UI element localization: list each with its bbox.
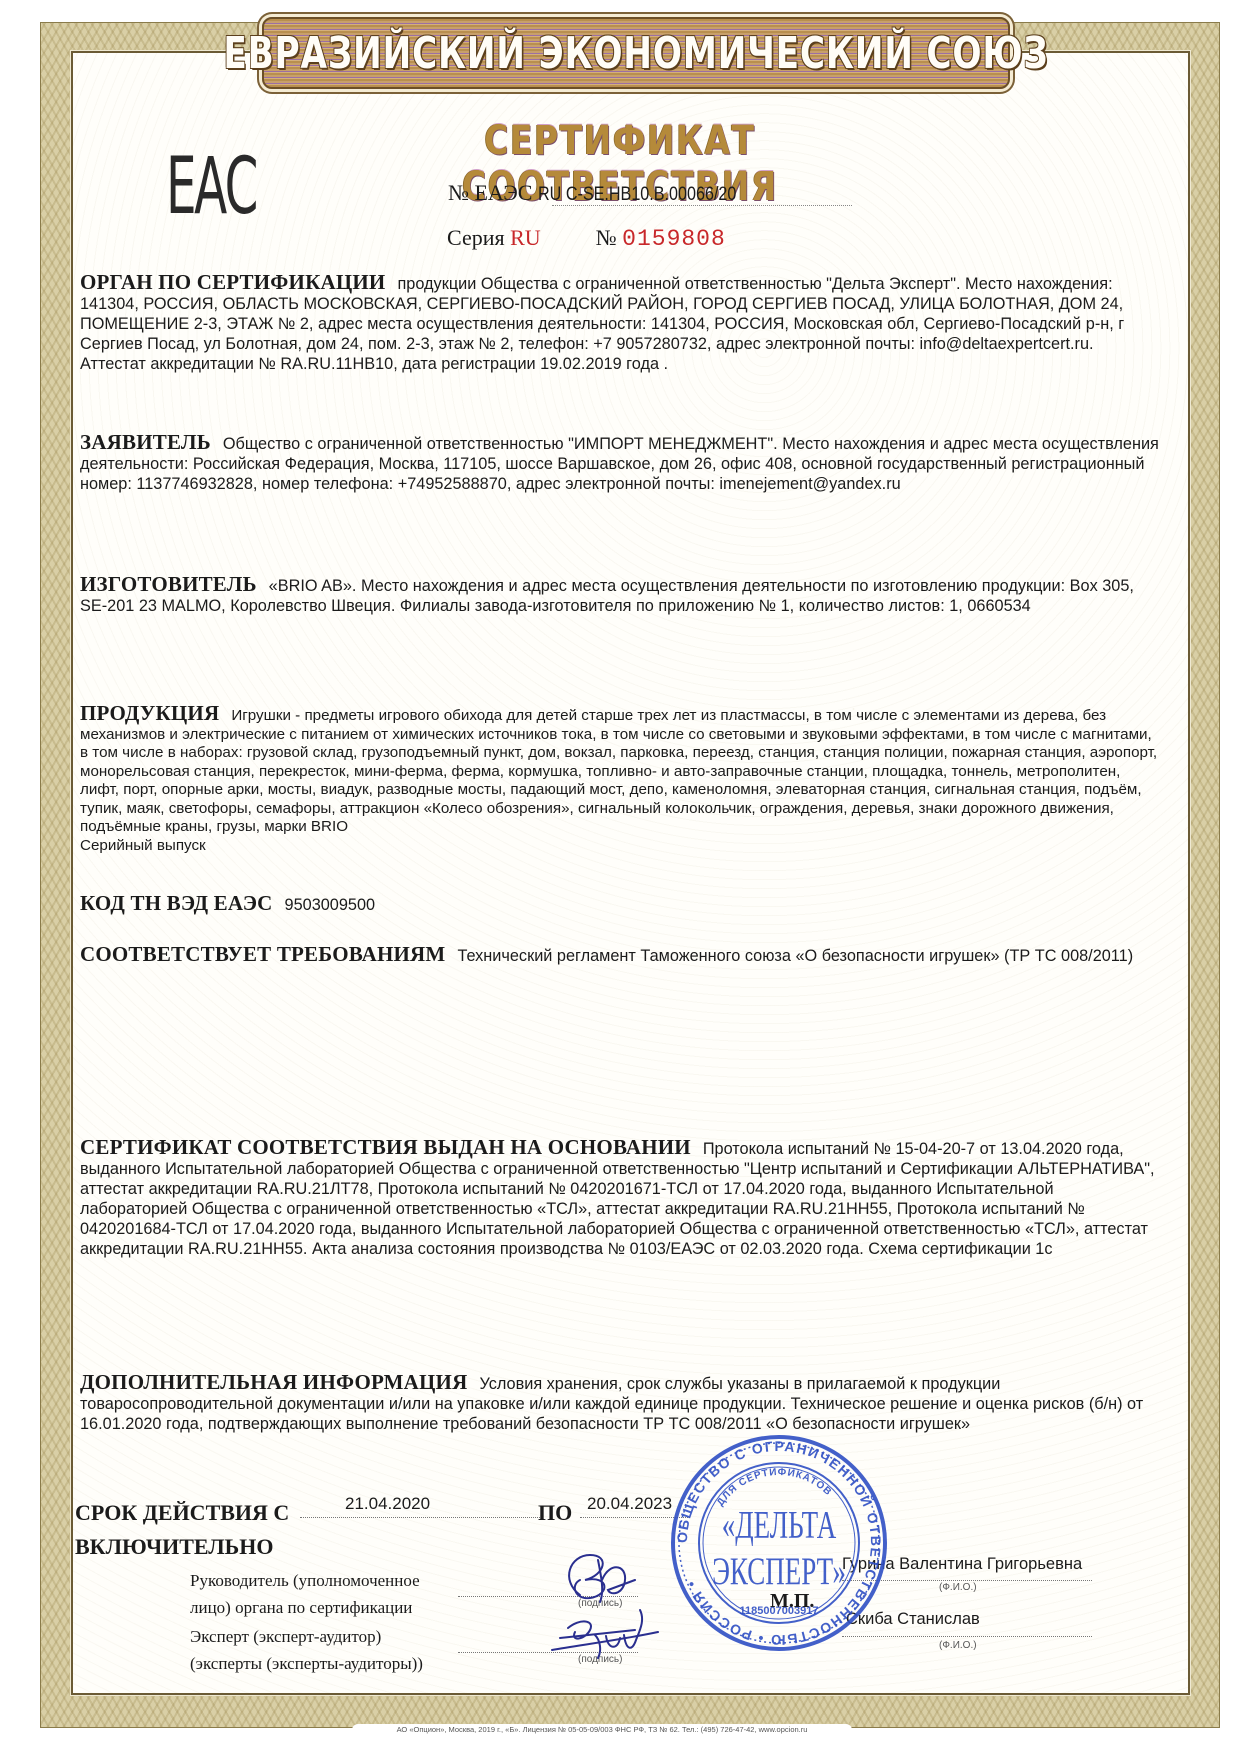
union-title: ЕВРАЗИЙСКИЙ ЭКОНОМИЧЕСКИЙ СОЮЗ — [223, 28, 1048, 79]
section-heading: КОД ТН ВЭД ЕАЭС — [80, 891, 273, 915]
section-heading: ЗАЯВИТЕЛЬ — [80, 430, 211, 454]
section-product: ПРОДУКЦИЯИгрушки - предметы игрового оби… — [80, 704, 1160, 855]
expert-label-line1: Эксперт (эксперт-аудитор) — [190, 1623, 423, 1650]
section-text: Технический регламент Таможенного союза … — [457, 947, 1133, 965]
certificate-number: № ЕАЭС RU C-SE.НВ10.В.00066/20 — [448, 180, 771, 206]
from-date-line — [300, 1517, 540, 1518]
series-label: Серия — [447, 225, 505, 250]
seal-stamp-icon: ОБЩЕСТВО С ОГРАНИЧЕННОЙ ОТВЕТСТВЕННОСТЬЮ… — [668, 1432, 890, 1654]
production-type: Серийный выпуск — [80, 837, 1160, 856]
blank-number-label: № — [596, 225, 617, 250]
section-issued-basis: СЕРТИФИКАТ СООТВЕТСТВИЯ ВЫДАН НА ОСНОВАН… — [80, 1137, 1160, 1259]
series-row: Серия RU № 0159808 — [447, 225, 726, 252]
expert-label-line2: (эксперты (эксперты-аудиторы)) — [190, 1650, 423, 1677]
section-heading: ИЗГОТОВИТЕЛЬ — [80, 572, 257, 596]
validity-inclusive-label: ВКЛЮЧИТЕЛЬНО — [75, 1530, 289, 1564]
handwritten-signatures — [540, 1540, 670, 1670]
series-value: RU — [510, 225, 541, 250]
section-text: Игрушки - предметы игрового обихода для … — [80, 707, 1157, 835]
section-heading: ДОПОЛНИТЕЛЬНАЯ ИНФОРМАЦИЯ — [80, 1370, 467, 1394]
stamp-center-line1: «ДЕЛЬТА — [722, 1504, 837, 1547]
section-manufacturer: ИЗГОТОВИТЕЛЬ«BRIO AB». Место нахождения … — [80, 574, 1160, 616]
section-text: Общество с ограниченной ответственностью… — [80, 435, 1159, 493]
validity-from-label: СРОК ДЕЙСТВИЯ С — [75, 1496, 289, 1530]
validity-to-date: 20.04.2023 — [587, 1494, 672, 1514]
section-heading: ОРГАН ПО СЕРТИФИКАЦИИ — [80, 270, 385, 294]
printer-imprint: АО «Опцион», Москва, 2019 г., «Б». Лицен… — [352, 1724, 852, 1736]
cert-number-underline — [552, 205, 852, 206]
section-applicant: ЗАЯВИТЕЛЬОбщество с ограниченной ответст… — [80, 432, 1160, 494]
expert-signatory-label: Эксперт (эксперт-аудитор) (эксперты (экс… — [190, 1623, 423, 1677]
cert-number-value: RU C-SE.НВ10.В.00066/20 — [538, 184, 736, 206]
section-text: 9503009500 — [285, 896, 376, 914]
section-tnved-code: КОД ТН ВЭД ЕАЭС9503009500 — [80, 893, 1160, 915]
section-certification-body: ОРГАН ПО СЕРТИФИКАЦИИпродукции Общества … — [80, 272, 1160, 374]
section-conforms-requirements: СООТВЕТСТВУЕТ ТРЕБОВАНИЯМТехнический рег… — [80, 944, 1160, 966]
eac-logo-icon: ЕАС — [166, 148, 256, 226]
seal-place-label: М.П. — [770, 1590, 814, 1613]
cert-number-prefix: № ЕАЭС — [448, 180, 532, 205]
head-signatory-label: Руководитель (уполномоченное лицо) орган… — [190, 1567, 420, 1621]
section-heading: СЕРТИФИКАТ СООТВЕТСТВИЯ ВЫДАН НА ОСНОВАН… — [80, 1135, 691, 1159]
head-label-line2: лицо) органа по сертификации — [190, 1594, 420, 1621]
validity-to-label: ПО — [538, 1496, 572, 1530]
head-label-line1: Руководитель (уполномоченное — [190, 1567, 420, 1594]
validity-block: СРОК ДЕЙСТВИЯ С ВКЛЮЧИТЕЛЬНО — [75, 1496, 289, 1564]
section-heading: ПРОДУКЦИЯ — [80, 701, 219, 725]
section-heading: СООТВЕТСТВУЕТ ТРЕБОВАНИЯМ — [80, 942, 445, 966]
expert-name-caption: (Ф.И.О.) — [939, 1640, 977, 1651]
union-banner: ЕВРАЗИЙСКИЙ ЭКОНОМИЧЕСКИЙ СОЮЗ — [262, 17, 1010, 89]
validity-from-date: 21.04.2020 — [345, 1494, 430, 1514]
head-name-caption: (Ф.И.О.) — [939, 1582, 977, 1593]
blank-number-value: 0159808 — [622, 226, 726, 252]
stamp-center-line2: ЭКСПЕРТ» — [712, 1550, 846, 1593]
section-additional-info: ДОПОЛНИТЕЛЬНАЯ ИНФОРМАЦИЯУсловия хранени… — [80, 1372, 1160, 1434]
